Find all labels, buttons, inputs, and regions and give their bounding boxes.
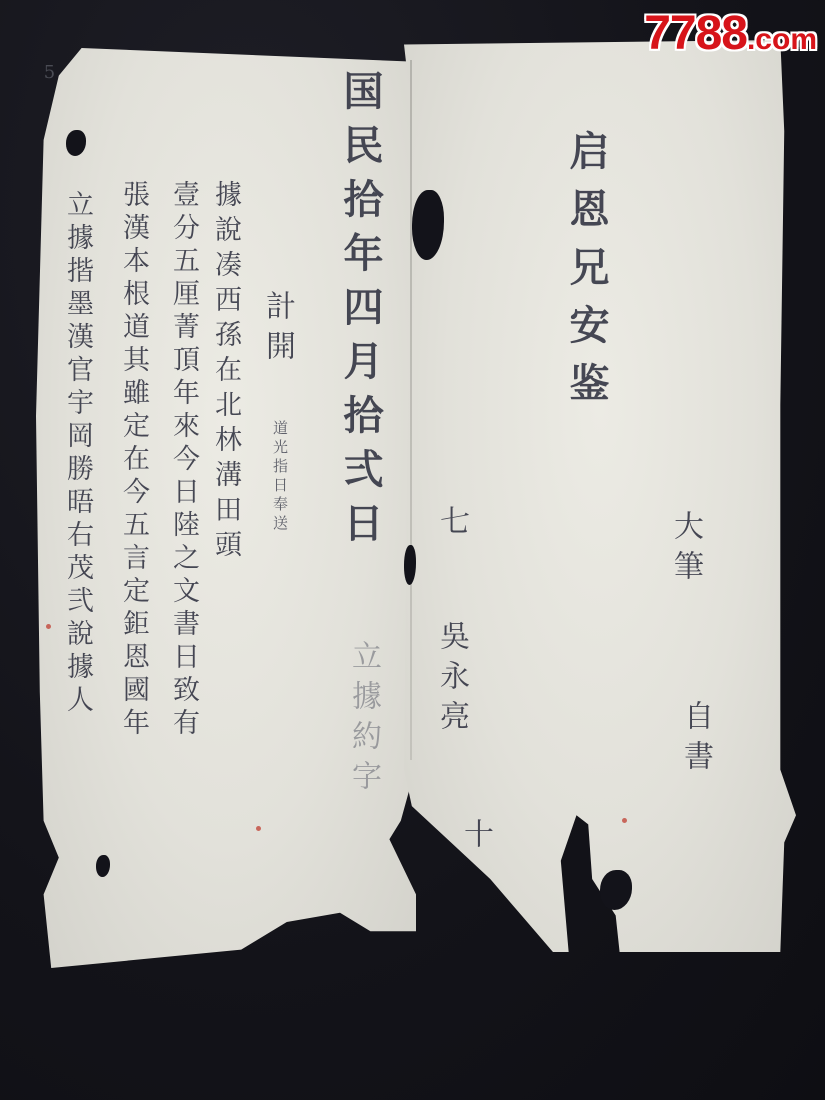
text-column: 張漢本根道其雖定在今五言定鉅恩國年 (120, 180, 147, 741)
watermark-number: 7788 (644, 7, 747, 60)
text-column: 壹分五厘菁頂年來今日陸之文書日致有 (170, 180, 197, 741)
text-column-salutation: 启恩兄安鉴 (566, 130, 606, 420)
text-column: 計開 (262, 290, 292, 370)
text-column-date: 国民拾年四月拾弍日 (340, 70, 380, 556)
fold-tear-line (410, 60, 412, 760)
text-column-note: 道光指日奉送 (272, 420, 287, 534)
text-column-signature: 吳永亮 (436, 620, 466, 740)
ink-spot (622, 818, 627, 823)
text-column: 立據約字 (348, 640, 378, 800)
text-column: 十 (460, 818, 490, 858)
text-column: 大筆 (670, 510, 700, 590)
text-column: 自書 (680, 700, 710, 780)
document-photo: 启恩兄安鉴 大筆 自書 七 吳永亮 十 国民拾年四月拾弍日 立據約字 計開 道光… (0, 0, 825, 1100)
ink-spot (256, 826, 261, 831)
corner-mark: 5 (40, 62, 58, 87)
ink-spot (46, 624, 51, 629)
text-column: 據說凑西孫在北林溝田頭 (212, 180, 239, 565)
site-watermark: 7788.com (644, 10, 817, 58)
watermark-domain: .com (747, 23, 817, 56)
text-column: 七 (436, 505, 466, 545)
text-column: 立據揩墨漢官宇岡勝晤右茂弐說據人 (64, 190, 91, 718)
